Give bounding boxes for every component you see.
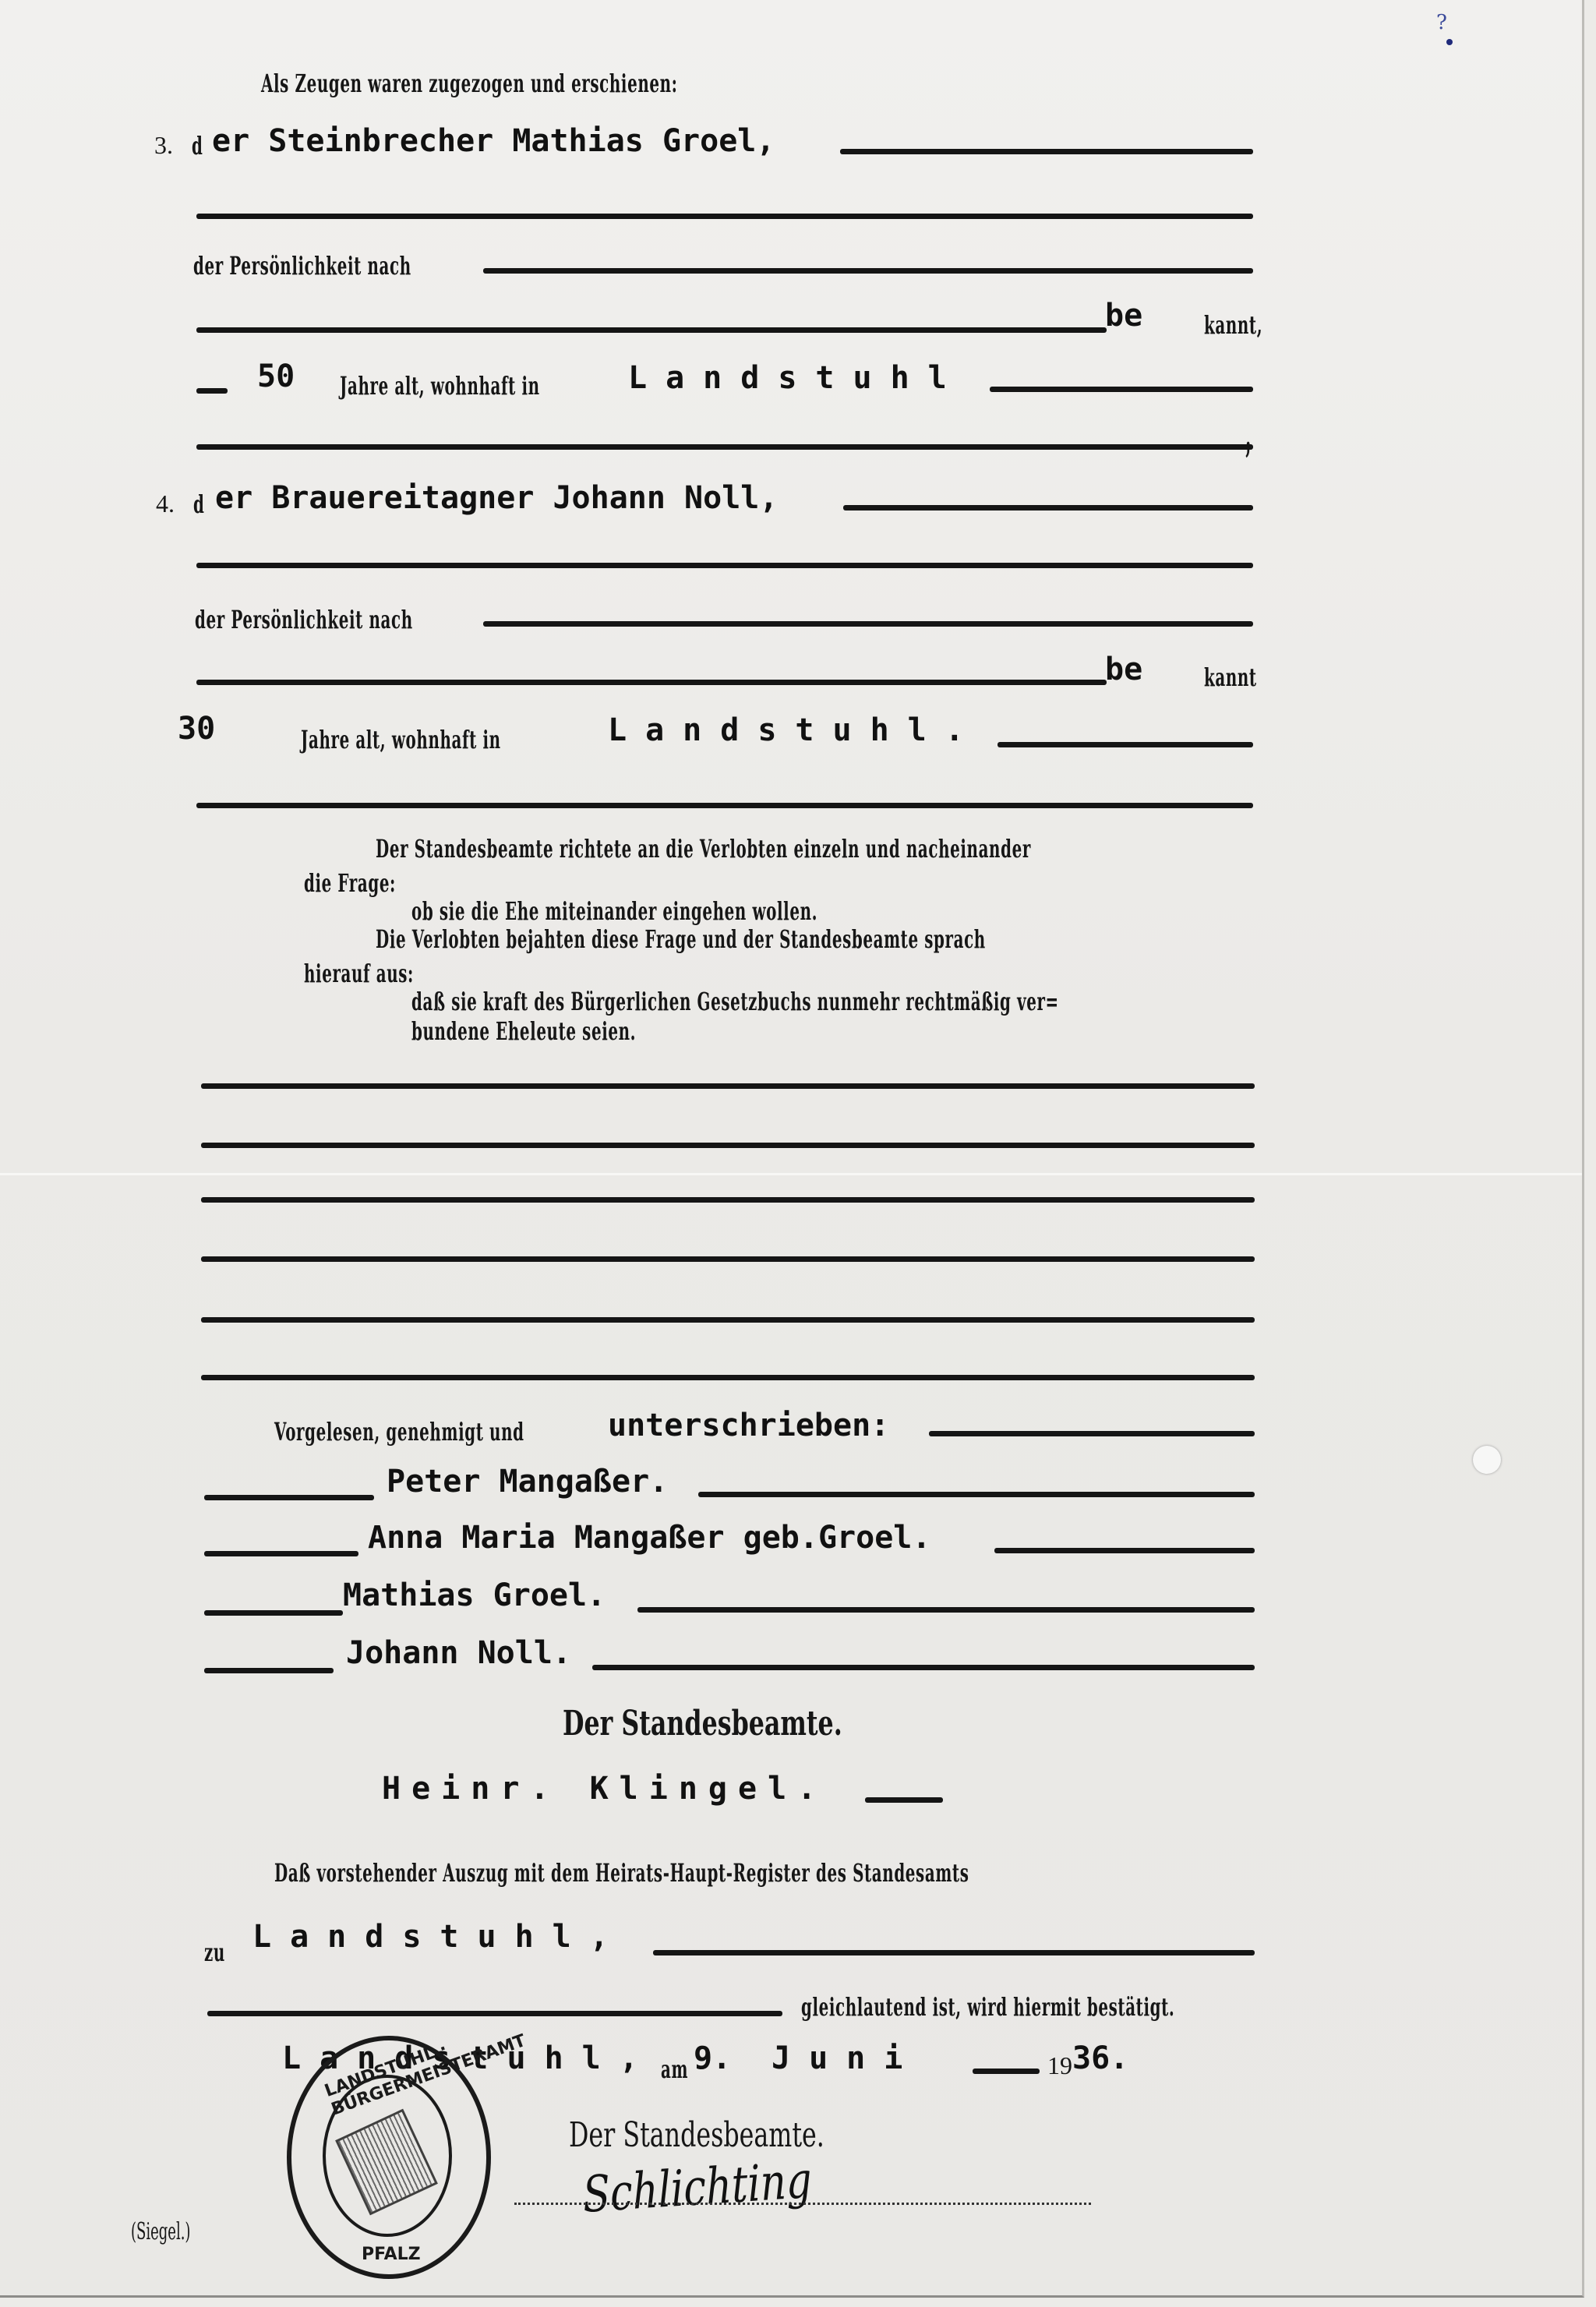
- blank-line: [204, 1610, 343, 1616]
- identity-blank-line: [483, 268, 1253, 274]
- blank-line: [196, 388, 228, 394]
- certification-zu-label: zu: [204, 1938, 225, 1967]
- trailing-mark: ;: [1245, 430, 1252, 460]
- blank-line: [204, 1495, 374, 1500]
- ceremony-line-2: die Frage:: [304, 868, 396, 898]
- date-year-prefix: 19: [1047, 2051, 1072, 2080]
- blank-line: [994, 1548, 1255, 1553]
- blank-line: [201, 1083, 1255, 1089]
- witness-3-prefix: d: [192, 131, 203, 161]
- blank-line: [196, 680, 1107, 685]
- certification-line-1: Daß vorstehender Auszug mit dem Heirats-…: [274, 1858, 969, 1888]
- blank-line: [840, 149, 1253, 154]
- certification-official-title: Der Standesbeamte.: [569, 2115, 824, 2155]
- certification-place: Landstuhl,: [252, 1919, 627, 1955]
- blank-line: [196, 327, 1107, 333]
- blank-line: [207, 2011, 782, 2016]
- witness-4-known-suffix: kannt: [1204, 662, 1257, 692]
- punch-hole: [1473, 1446, 1501, 1474]
- witness-4-name: er Brauereitagner Johann Noll,: [215, 480, 778, 516]
- witness-4-prefix: d: [193, 489, 204, 519]
- witness-4-identity-label: der Persönlichkeit nach: [195, 605, 413, 634]
- certification-confirm: gleichlautend ist, wird hiermit bestätig…: [801, 1992, 1174, 2022]
- ceremony-line-7: bundene Eheleute seien.: [411, 1016, 636, 1046]
- witnesses-heading: Als Zeugen waren zugezogen und erschiene…: [261, 69, 678, 98]
- blank-line: [201, 1197, 1255, 1203]
- seal-emblem-icon: [335, 2109, 438, 2216]
- ceremony-line-4: Die Verlobten bejahten diese Frage und d…: [376, 924, 986, 954]
- witness-3-number: 3.: [154, 131, 173, 160]
- ceremony-line-6: daß sie kraft des Bürgerlichen Gesetzbuc…: [411, 987, 1059, 1016]
- identity-blank-line: [483, 621, 1253, 627]
- margin-pencil-mark: ?: [1436, 11, 1447, 34]
- witness-4-residence: Landstuhl.: [608, 712, 983, 748]
- blank-line: [843, 505, 1253, 511]
- blank-line: [196, 563, 1253, 568]
- blank-line: [653, 1950, 1255, 1955]
- ink-dot: [1446, 39, 1453, 45]
- official-seal-stamp: LANDSTUHL · BÜRGERMEISTERAMT PFALZ: [287, 2036, 491, 2279]
- blank-line: [196, 214, 1253, 219]
- seal-label: (Siegel.): [131, 2218, 190, 2245]
- signature-line: [514, 2203, 1091, 2205]
- blank-line: [997, 742, 1253, 747]
- date-am-label: am: [661, 2054, 688, 2084]
- witness-3-residence: Landstuhl: [628, 360, 966, 396]
- blank-line: [990, 387, 1253, 392]
- seal-text-bottom: PFALZ: [362, 2245, 421, 2264]
- date-day: 9.: [694, 2040, 731, 2076]
- ceremony-line-5: hierauf aus:: [304, 959, 414, 988]
- signatory-2: Anna Maria Mangaßer geb.Groel.: [368, 1520, 930, 1556]
- blank-line: [204, 1668, 334, 1673]
- blank-line: [929, 1431, 1255, 1436]
- official-name: Heinr. Klingel.: [382, 1771, 827, 1807]
- witness-3-age-label: Jahre alt, wohnhaft in: [340, 371, 540, 401]
- witness-3-name: er Steinbrecher Mathias Groel,: [212, 123, 775, 159]
- official-title: Der Standesbeamte.: [563, 1704, 842, 1743]
- witness-3-age: 50: [257, 359, 295, 394]
- signatory-3: Mathias Groel.: [343, 1577, 606, 1613]
- signatory-1: Peter Mangaßer.: [387, 1464, 668, 1500]
- official-signature: Schlichting: [581, 2152, 813, 2224]
- witness-3-identity-label: der Persönlichkeit nach: [193, 251, 411, 281]
- witness-4-age: 30: [178, 711, 215, 747]
- blank-line: [201, 1375, 1255, 1380]
- seal-inner-ring: [323, 2075, 452, 2237]
- blank-line: [592, 1665, 1255, 1670]
- ceremony-line-3: ob sie die Ehe miteinander eingehen woll…: [411, 896, 817, 926]
- date-year-suffix: 36.: [1072, 2040, 1128, 2076]
- blank-line: [201, 1143, 1255, 1148]
- blank-line: [973, 2069, 1040, 2074]
- blank-line: [698, 1492, 1255, 1497]
- signatory-4: Johann Noll.: [346, 1635, 571, 1671]
- witness-4-age-label: Jahre alt, wohnhaft in: [301, 725, 501, 754]
- date-month: Juni: [772, 2040, 921, 2076]
- signing-label: Vorgelesen, genehmigt und: [274, 1417, 524, 1447]
- signing-typed: unterschrieben:: [608, 1408, 889, 1443]
- blank-line: [201, 1317, 1255, 1323]
- witness-4-number: 4.: [156, 489, 175, 518]
- blank-line: [865, 1797, 943, 1803]
- blank-line: [201, 1256, 1255, 1262]
- witness-3-known-suffix: kannt,: [1204, 310, 1262, 340]
- ceremony-line-1: Der Standesbeamte richtete an die Verlob…: [376, 834, 1031, 864]
- document-page: ? Als Zeugen waren zugezogen und erschie…: [0, 0, 1584, 2298]
- blank-line: [637, 1607, 1255, 1613]
- blank-line: [196, 444, 1253, 450]
- paper-fold: [0, 1173, 1582, 1175]
- witness-4-known-typed: be: [1105, 652, 1142, 687]
- witness-3-known-typed: be: [1105, 298, 1142, 334]
- blank-line: [196, 803, 1253, 808]
- blank-line: [204, 1551, 358, 1556]
